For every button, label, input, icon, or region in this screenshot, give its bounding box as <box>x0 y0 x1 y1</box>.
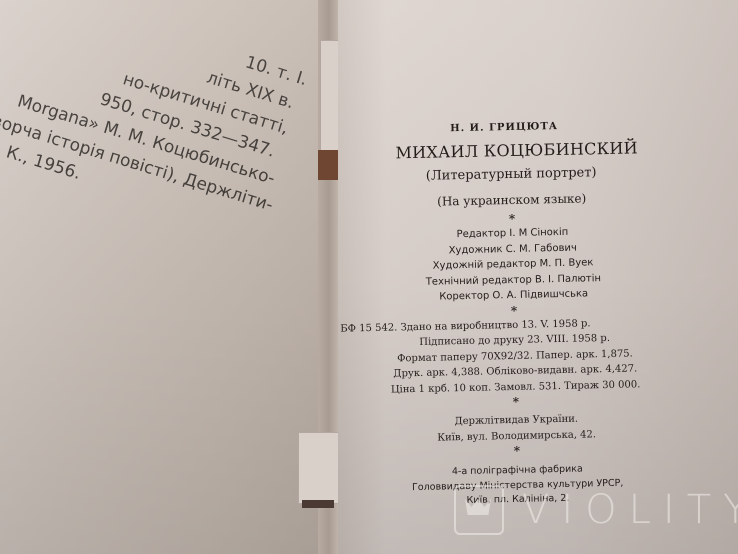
left-page-shadow <box>0 0 330 554</box>
watermark-text: VIOLITY <box>522 487 738 533</box>
crown-icon <box>454 485 504 535</box>
spine-tear <box>302 500 334 508</box>
book-photo: 10. т. I. літь XIX в. но-критичні статті… <box>0 0 738 554</box>
watermark: VIOLITY <box>454 484 738 536</box>
imprint-block: Н. И. ГРИЦЮТА МИХАИЛ КОЦЮБИНСКИЙ (Литера… <box>360 115 668 511</box>
spine-tear <box>318 150 338 180</box>
